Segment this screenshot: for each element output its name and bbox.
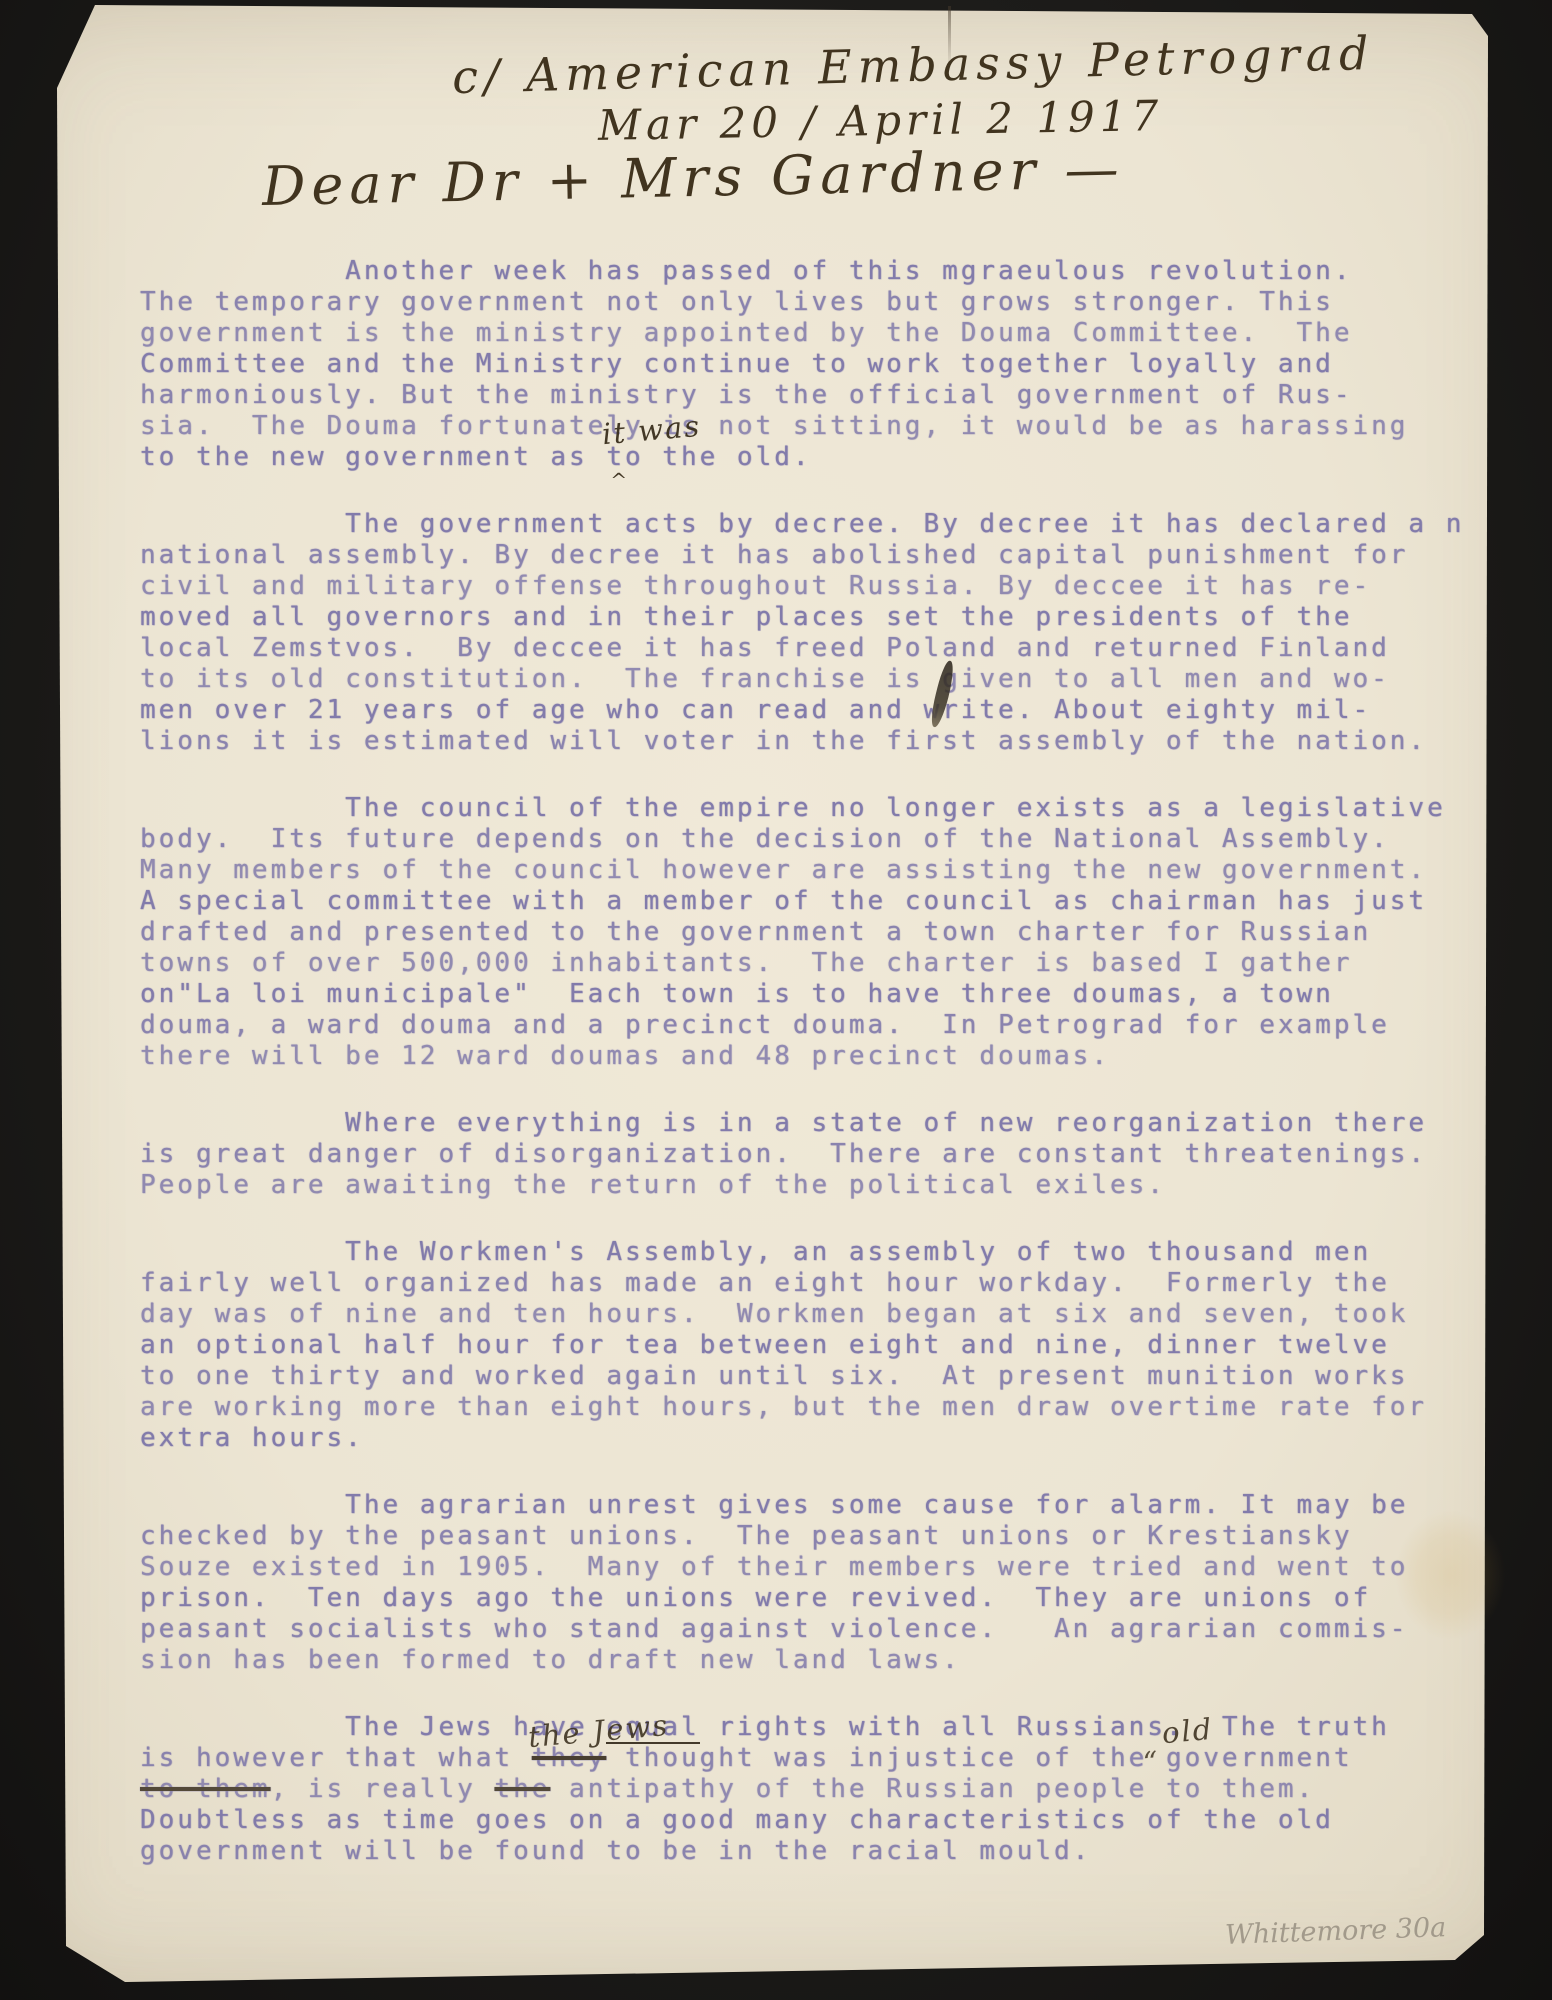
typed-line: Another week has passed of this mgraeulo… xyxy=(140,256,1440,287)
paragraph: The Workmen's Assembly, an assembly of t… xyxy=(140,1237,1440,1454)
paragraph: The council of the empire no longer exis… xyxy=(140,793,1440,1072)
paragraph: The agrarian unrest gives some cause for… xyxy=(140,1490,1440,1676)
typed-line: to the new government as to the old.it w… xyxy=(140,442,1440,473)
typed-line: Doubtless as time goes on a good many ch… xyxy=(140,1805,1440,1836)
typed-line: day was of nine and ten hours. Workmen b… xyxy=(140,1299,1440,1330)
typed-line: to its old constitution. The franchise i… xyxy=(140,664,1440,695)
typed-line: Committee and the Ministry continue to w… xyxy=(140,349,1440,380)
typed-line: local Zemstvos. By deccee it has freed P… xyxy=(140,633,1440,664)
typed-line: lions it is estimated will voter in the … xyxy=(140,726,1440,757)
typed-line: men over 21 years of age who can read an… xyxy=(140,695,1440,726)
typed-line: civil and military offense throughout Ru… xyxy=(140,571,1440,602)
typed-line: is however that what theythe Jews though… xyxy=(140,1743,1440,1774)
typed-line: douma, a ward douma and a precinct douma… xyxy=(140,1010,1440,1041)
typed-line: The Workmen's Assembly, an assembly of t… xyxy=(140,1237,1440,1268)
typed-line: an optional half hour for tea between ei… xyxy=(140,1330,1440,1361)
typed-line: drafted and presented to the government … xyxy=(140,917,1440,948)
typed-line: The council of the empire no longer exis… xyxy=(140,793,1440,824)
typed-line: The temporary government not only lives … xyxy=(140,287,1440,318)
typed-line: The Jews have equal rights with all Russ… xyxy=(140,1712,1440,1743)
paragraph: The Jews have equal rights with all Russ… xyxy=(140,1712,1440,1867)
typed-line: there will be 12 ward doumas and 48 prec… xyxy=(140,1041,1440,1072)
typed-line: A special committee with a member of the… xyxy=(140,886,1440,917)
typed-line: People are awaiting the return of the po… xyxy=(140,1170,1440,1201)
typed-line: government will be found to be in the ra… xyxy=(140,1836,1440,1867)
typed-line: sion has been formed to draft new land l… xyxy=(140,1645,1440,1676)
typed-line: to one thirty and worked again until six… xyxy=(140,1361,1440,1392)
typed-line: Souze existed in 1905. Many of their mem… xyxy=(140,1552,1440,1583)
typed-line: government is the ministry appointed by … xyxy=(140,318,1440,349)
typed-line: The agrarian unrest gives some cause for… xyxy=(140,1490,1440,1521)
typed-line: national assembly. By decree it has abol… xyxy=(140,540,1440,571)
typed-line: Where everything is in a state of new re… xyxy=(140,1108,1440,1139)
typed-line: checked by the peasant unions. The peasa… xyxy=(140,1521,1440,1552)
insertion-caret: ^ xyxy=(610,465,630,496)
typed-line: prison. Ten days ago the unions were rev… xyxy=(140,1583,1440,1614)
typed-line: extra hours. xyxy=(140,1423,1440,1454)
paragraph: The government acts by decree. By decree… xyxy=(140,509,1440,757)
typed-line: towns of over 500,000 inhabitants. The c… xyxy=(140,948,1440,979)
typed-line: on"La loi municipale" Each town is to ha… xyxy=(140,979,1440,1010)
typed-line: fairly well organized has made an eight … xyxy=(140,1268,1440,1299)
letter-body: Another week has passed of this mgraeulo… xyxy=(140,256,1440,1903)
typed-line: The government acts by decree. By decree… xyxy=(140,509,1440,540)
letter-photo: c/ American Embassy Petrograd Mar 20 / A… xyxy=(0,0,1552,2000)
handwritten-insertion: “ xyxy=(1142,1746,1161,1778)
typed-line: harmoniously. But the ministry is the of… xyxy=(140,380,1440,411)
typed-line: moved all governors and in their places … xyxy=(140,602,1440,633)
typed-line: Many members of the council however are … xyxy=(140,855,1440,886)
typed-line: are working more than eight hours, but t… xyxy=(140,1392,1440,1423)
typed-line: peasant socialists who stand against vio… xyxy=(140,1614,1440,1645)
typed-line: is great danger of disorganization. Ther… xyxy=(140,1139,1440,1170)
paragraph: Where everything is in a state of new re… xyxy=(140,1108,1440,1201)
typed-line: to them, is really the antipathy of the … xyxy=(140,1774,1440,1805)
paragraph: Another week has passed of this mgraeulo… xyxy=(140,256,1440,473)
typed-line: sia. The Douma fortunately is not sittin… xyxy=(140,411,1440,442)
typed-line: body. Its future depends on the decision… xyxy=(140,824,1440,855)
handwritten-insertion: old xyxy=(1161,1714,1215,1749)
